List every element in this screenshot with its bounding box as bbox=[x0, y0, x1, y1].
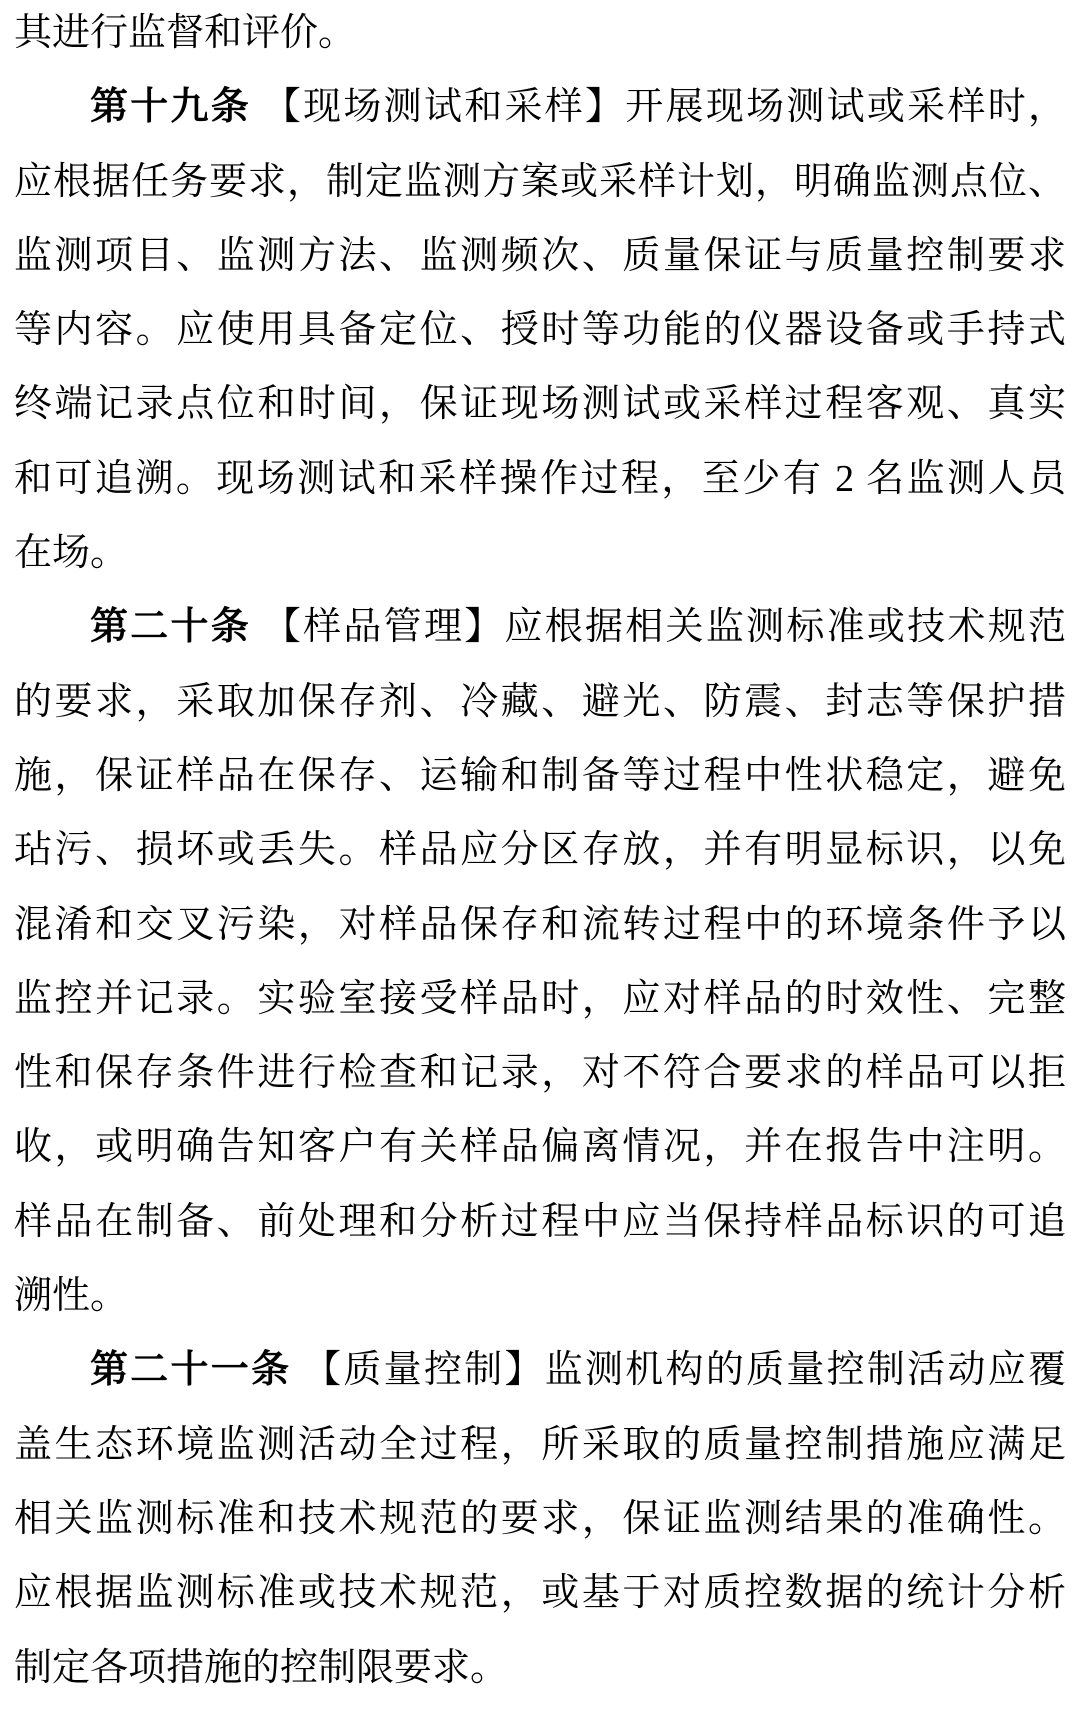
document-lines: 其进行监督和评价。第十九条 【现场测试和采样】开展现场测试或采样时，应根据任务要… bbox=[14, 0, 1066, 1705]
body-text: 其进行监督和评价。 bbox=[14, 12, 356, 54]
text-line: 制定各项措施的控制限要求。 bbox=[14, 1631, 1066, 1705]
text-line: 相关监测标准和技术规范的要求，保证监测结果的准确性。 bbox=[14, 1482, 1066, 1556]
body-text: 【质量控制】监测机构的质量控制活动应覆 bbox=[291, 1349, 1066, 1391]
article-number-heading: 第二十一条 bbox=[90, 1349, 291, 1391]
text-line: 其进行监督和评价。 bbox=[14, 0, 1066, 70]
body-text: 终端记录点位和时间，保证现场测试或采样过程客观、真实 bbox=[14, 383, 1066, 425]
text-line: 监控并记录。实验室接受样品时，应对样品的时效性、完整 bbox=[14, 962, 1066, 1036]
text-line: 性和保存条件进行检查和记录，对不符合要求的样品可以拒 bbox=[14, 1036, 1066, 1110]
text-line: 应根据监测标准或技术规范，或基于对质控数据的统计分析 bbox=[14, 1556, 1066, 1630]
text-line: 第十九条 【现场测试和采样】开展现场测试或采样时， bbox=[14, 70, 1066, 144]
body-text: 制定各项措施的控制限要求。 bbox=[14, 1647, 508, 1689]
body-text: 玷污、损坏或丢失。样品应分区存放，并有明显标识，以免 bbox=[14, 829, 1066, 871]
body-text: 和可追溯。现场测试和采样操作过程，至少有 2 名监测人员 bbox=[14, 458, 1066, 500]
text-line: 第二十条 【样品管理】应根据相关监测标准或技术规范 bbox=[14, 590, 1066, 664]
text-line: 盖生态环境监测活动全过程，所采取的质量控制措施应满足 bbox=[14, 1408, 1066, 1482]
text-line: 第二十一条 【质量控制】监测机构的质量控制活动应覆 bbox=[14, 1333, 1066, 1407]
text-line: 混淆和交叉污染，对样品保存和流转过程中的环境条件予以 bbox=[14, 888, 1066, 962]
document-page: 其进行监督和评价。第十九条 【现场测试和采样】开展现场测试或采样时，应根据任务要… bbox=[0, 0, 1080, 1707]
text-line: 溯性。 bbox=[14, 1259, 1066, 1333]
text-line: 等内容。应使用具备定位、授时等功能的仪器设备或手持式 bbox=[14, 293, 1066, 367]
body-text: 【现场测试和采样】开展现场测试或采样时， bbox=[251, 86, 1066, 128]
body-text: 混淆和交叉污染，对样品保存和流转过程中的环境条件予以 bbox=[14, 904, 1066, 946]
body-text: 样品在制备、前处理和分析过程中应当保持样品标识的可追 bbox=[14, 1201, 1066, 1243]
text-line: 收，或明确告知客户有关样品偏离情况，并在报告中注明。 bbox=[14, 1110, 1066, 1184]
text-line: 监测项目、监测方法、监测频次、质量保证与质量控制要求 bbox=[14, 219, 1066, 293]
text-line: 的要求，采取加保存剂、冷藏、避光、防震、封志等保护措 bbox=[14, 665, 1066, 739]
text-line: 在场。 bbox=[14, 516, 1066, 590]
text-line: 玷污、损坏或丢失。样品应分区存放，并有明显标识，以免 bbox=[14, 813, 1066, 887]
text-line: 应根据任务要求，制定监测方案或采样计划，明确监测点位、 bbox=[14, 145, 1066, 219]
body-text: 的要求，采取加保存剂、冷藏、避光、防震、封志等保护措 bbox=[14, 681, 1066, 723]
body-text: 溯性。 bbox=[14, 1275, 128, 1317]
body-text: 监测项目、监测方法、监测频次、质量保证与质量控制要求 bbox=[14, 235, 1066, 277]
article-number-heading: 第二十条 bbox=[90, 606, 251, 648]
body-text: 等内容。应使用具备定位、授时等功能的仪器设备或手持式 bbox=[14, 309, 1066, 351]
body-text: 相关监测标准和技术规范的要求，保证监测结果的准确性。 bbox=[14, 1498, 1066, 1540]
body-text: 应根据监测标准或技术规范，或基于对质控数据的统计分析 bbox=[14, 1572, 1066, 1614]
body-text: 施，保证样品在保存、运输和制备等过程中性状稳定，避免 bbox=[14, 755, 1066, 797]
text-line: 样品在制备、前处理和分析过程中应当保持样品标识的可追 bbox=[14, 1185, 1066, 1259]
body-text: 监控并记录。实验室接受样品时，应对样品的时效性、完整 bbox=[14, 978, 1066, 1020]
text-line: 和可追溯。现场测试和采样操作过程，至少有 2 名监测人员 bbox=[14, 442, 1066, 516]
body-text: 在场。 bbox=[14, 532, 128, 574]
body-text: 应根据任务要求，制定监测方案或采样计划，明确监测点位、 bbox=[14, 161, 1066, 203]
text-line: 终端记录点位和时间，保证现场测试或采样过程客观、真实 bbox=[14, 367, 1066, 441]
article-number-heading: 第十九条 bbox=[90, 86, 251, 128]
body-text: 盖生态环境监测活动全过程，所采取的质量控制措施应满足 bbox=[14, 1424, 1066, 1466]
body-text: 性和保存条件进行检查和记录，对不符合要求的样品可以拒 bbox=[14, 1052, 1066, 1094]
body-text: 【样品管理】应根据相关监测标准或技术规范 bbox=[251, 606, 1066, 648]
text-line: 施，保证样品在保存、运输和制备等过程中性状稳定，避免 bbox=[14, 739, 1066, 813]
body-text: 收，或明确告知客户有关样品偏离情况，并在报告中注明。 bbox=[14, 1126, 1066, 1168]
